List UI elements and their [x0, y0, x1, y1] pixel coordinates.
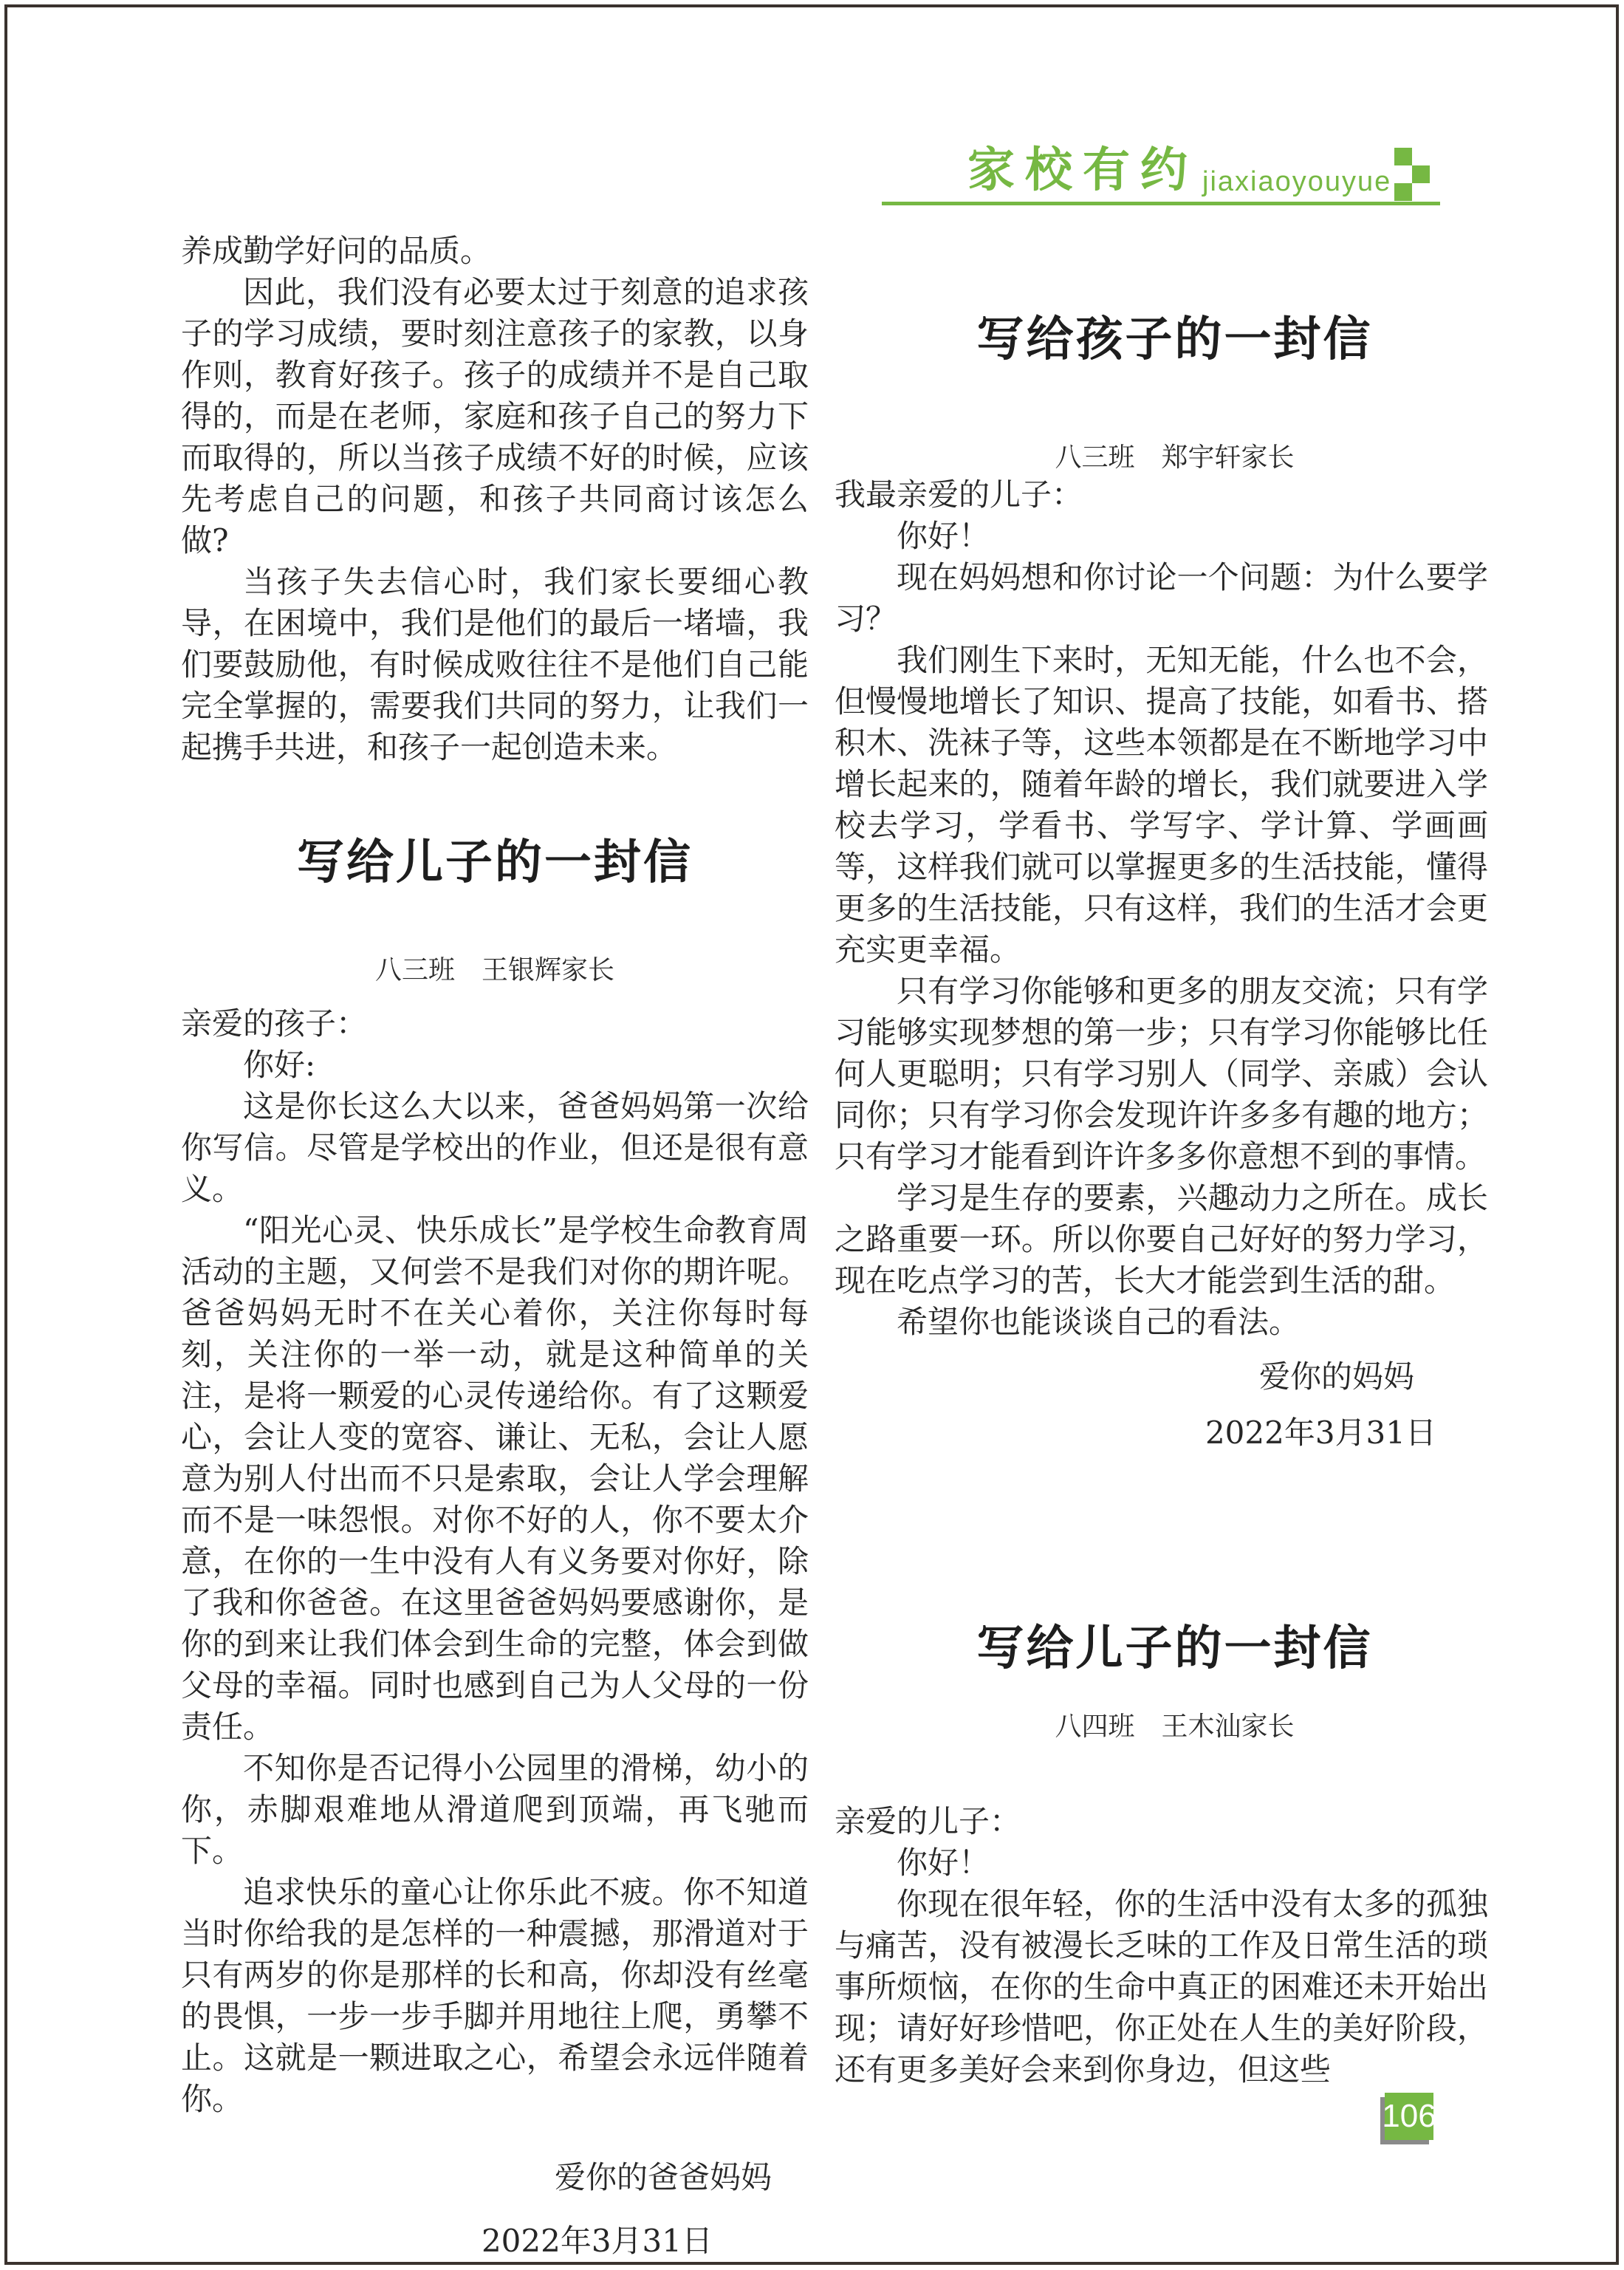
letter1-paragraph: 不知你是否记得小公园里的滑梯，幼小的你，赤脚艰难地从滑道爬到顶端，再飞驰而下。: [181, 1748, 809, 1872]
letter2-paragraph: 只有学习你能够和更多的朋友交流；只有学习能够实现梦想的第一步；只有学习你能够比任…: [835, 971, 1488, 1177]
letter1-paragraph: 你好:: [181, 1045, 809, 1086]
letter1-title: 写给儿子的一封信: [181, 836, 809, 889]
letter1-date: 2022年3月31日: [181, 2221, 809, 2262]
letter3-byline: 八四班 王木汕家长: [848, 1711, 1501, 1743]
letter2-title: 写给孩子的一封信: [848, 313, 1501, 366]
header-rule: [882, 202, 1440, 205]
letter2-paragraph: 学习是生存的要素，兴趣动力之所在。成长之路重要一环。所以你要自己好好的努力学习，…: [835, 1177, 1488, 1302]
letter2-date: 2022年3月31日: [835, 1412, 1488, 1454]
section-title-pinyin: jiaxiaoyouyue: [1202, 165, 1391, 198]
section-title: 家校有约: [967, 142, 1198, 198]
letter3-paragraph: 你现在很年轻，你的生活中没有太多的孤独与痛苦，没有被漫长乏味的工作及日常生活的琐…: [835, 1884, 1488, 2090]
intro-paragraph: 养成勤学好问的品质。: [181, 230, 809, 272]
intro-paragraph: 因此，我们没有必要太过于刻意的追求孩子的学习成绩，要时刻注意孩子的家教，以身作则…: [181, 272, 809, 561]
letter2-body: 我最亲爱的儿子： 你好！ 现在妈妈想和你讨论一个问题：为什么要学习？ 我们刚生下…: [835, 474, 1488, 1454]
pixel-square-top: [1394, 148, 1412, 165]
letter2-paragraph: 你好！: [835, 516, 1488, 557]
pixel-square-bottom: [1394, 183, 1412, 201]
left-column-intro: 养成勤学好问的品质。 因此，我们没有必要太过于刻意的追求孩子的学习成绩，要时刻注…: [181, 230, 809, 768]
letter2-byline: 八三班 郑宇轩家长: [848, 442, 1501, 474]
letter1-byline: 八三班 王银辉家长: [181, 954, 809, 987]
letter1-salutation: 亲爱的孩子：: [181, 1003, 809, 1045]
letter3-salutation: 亲爱的儿子：: [835, 1801, 1488, 1842]
letter1-paragraph: 追求快乐的童心让你乐此不疲。你不知道当时你给我的是怎样的一种震撼，那滑道对于只有…: [181, 1872, 809, 2120]
pixel-square-middle: [1412, 165, 1430, 183]
letter2-paragraph: 我们刚生下来时，无知无能，什么也不会，但慢慢地增长了知识、提高了技能，如看书、搭…: [835, 640, 1488, 971]
letter2-signature: 爱你的妈妈: [835, 1356, 1488, 1398]
letter1-paragraph: “阳光心灵、快乐成长”是学校生命教育周活动的主题，又何尝不是我们对你的期许呢。爸…: [181, 1210, 809, 1748]
letter1-body: 亲爱的孩子： 你好: 这是你长这么大以来，爸爸妈妈第一次给你写信。尽管是学校出的…: [181, 1003, 809, 2262]
letter1-paragraph: 这是你长这么大以来，爸爸妈妈第一次给你写信。尽管是学校出的作业，但还是很有意义。: [181, 1086, 809, 1210]
letter2-paragraph: 现在妈妈想和你讨论一个问题：为什么要学习？: [835, 557, 1488, 640]
letter2-salutation: 我最亲爱的儿子：: [835, 474, 1488, 516]
letter3-title: 写给儿子的一封信: [848, 1622, 1501, 1675]
letter2-paragraph: 希望你也能谈谈自己的看法。: [835, 1302, 1488, 1343]
letter3-body: 亲爱的儿子： 你好！ 你现在很年轻，你的生活中没有太多的孤独与痛苦，没有被漫长乏…: [835, 1801, 1488, 2090]
intro-paragraph: 当孩子失去信心时，我们家长要细心教导，在困境中，我们是他们的最后一堵墙，我们要鼓…: [181, 561, 809, 768]
page-number-badge: 106: [1385, 2093, 1433, 2140]
letter1-signature: 爱你的爸爸妈妈: [181, 2157, 809, 2198]
letter3-paragraph: 你好！: [835, 1842, 1488, 1884]
